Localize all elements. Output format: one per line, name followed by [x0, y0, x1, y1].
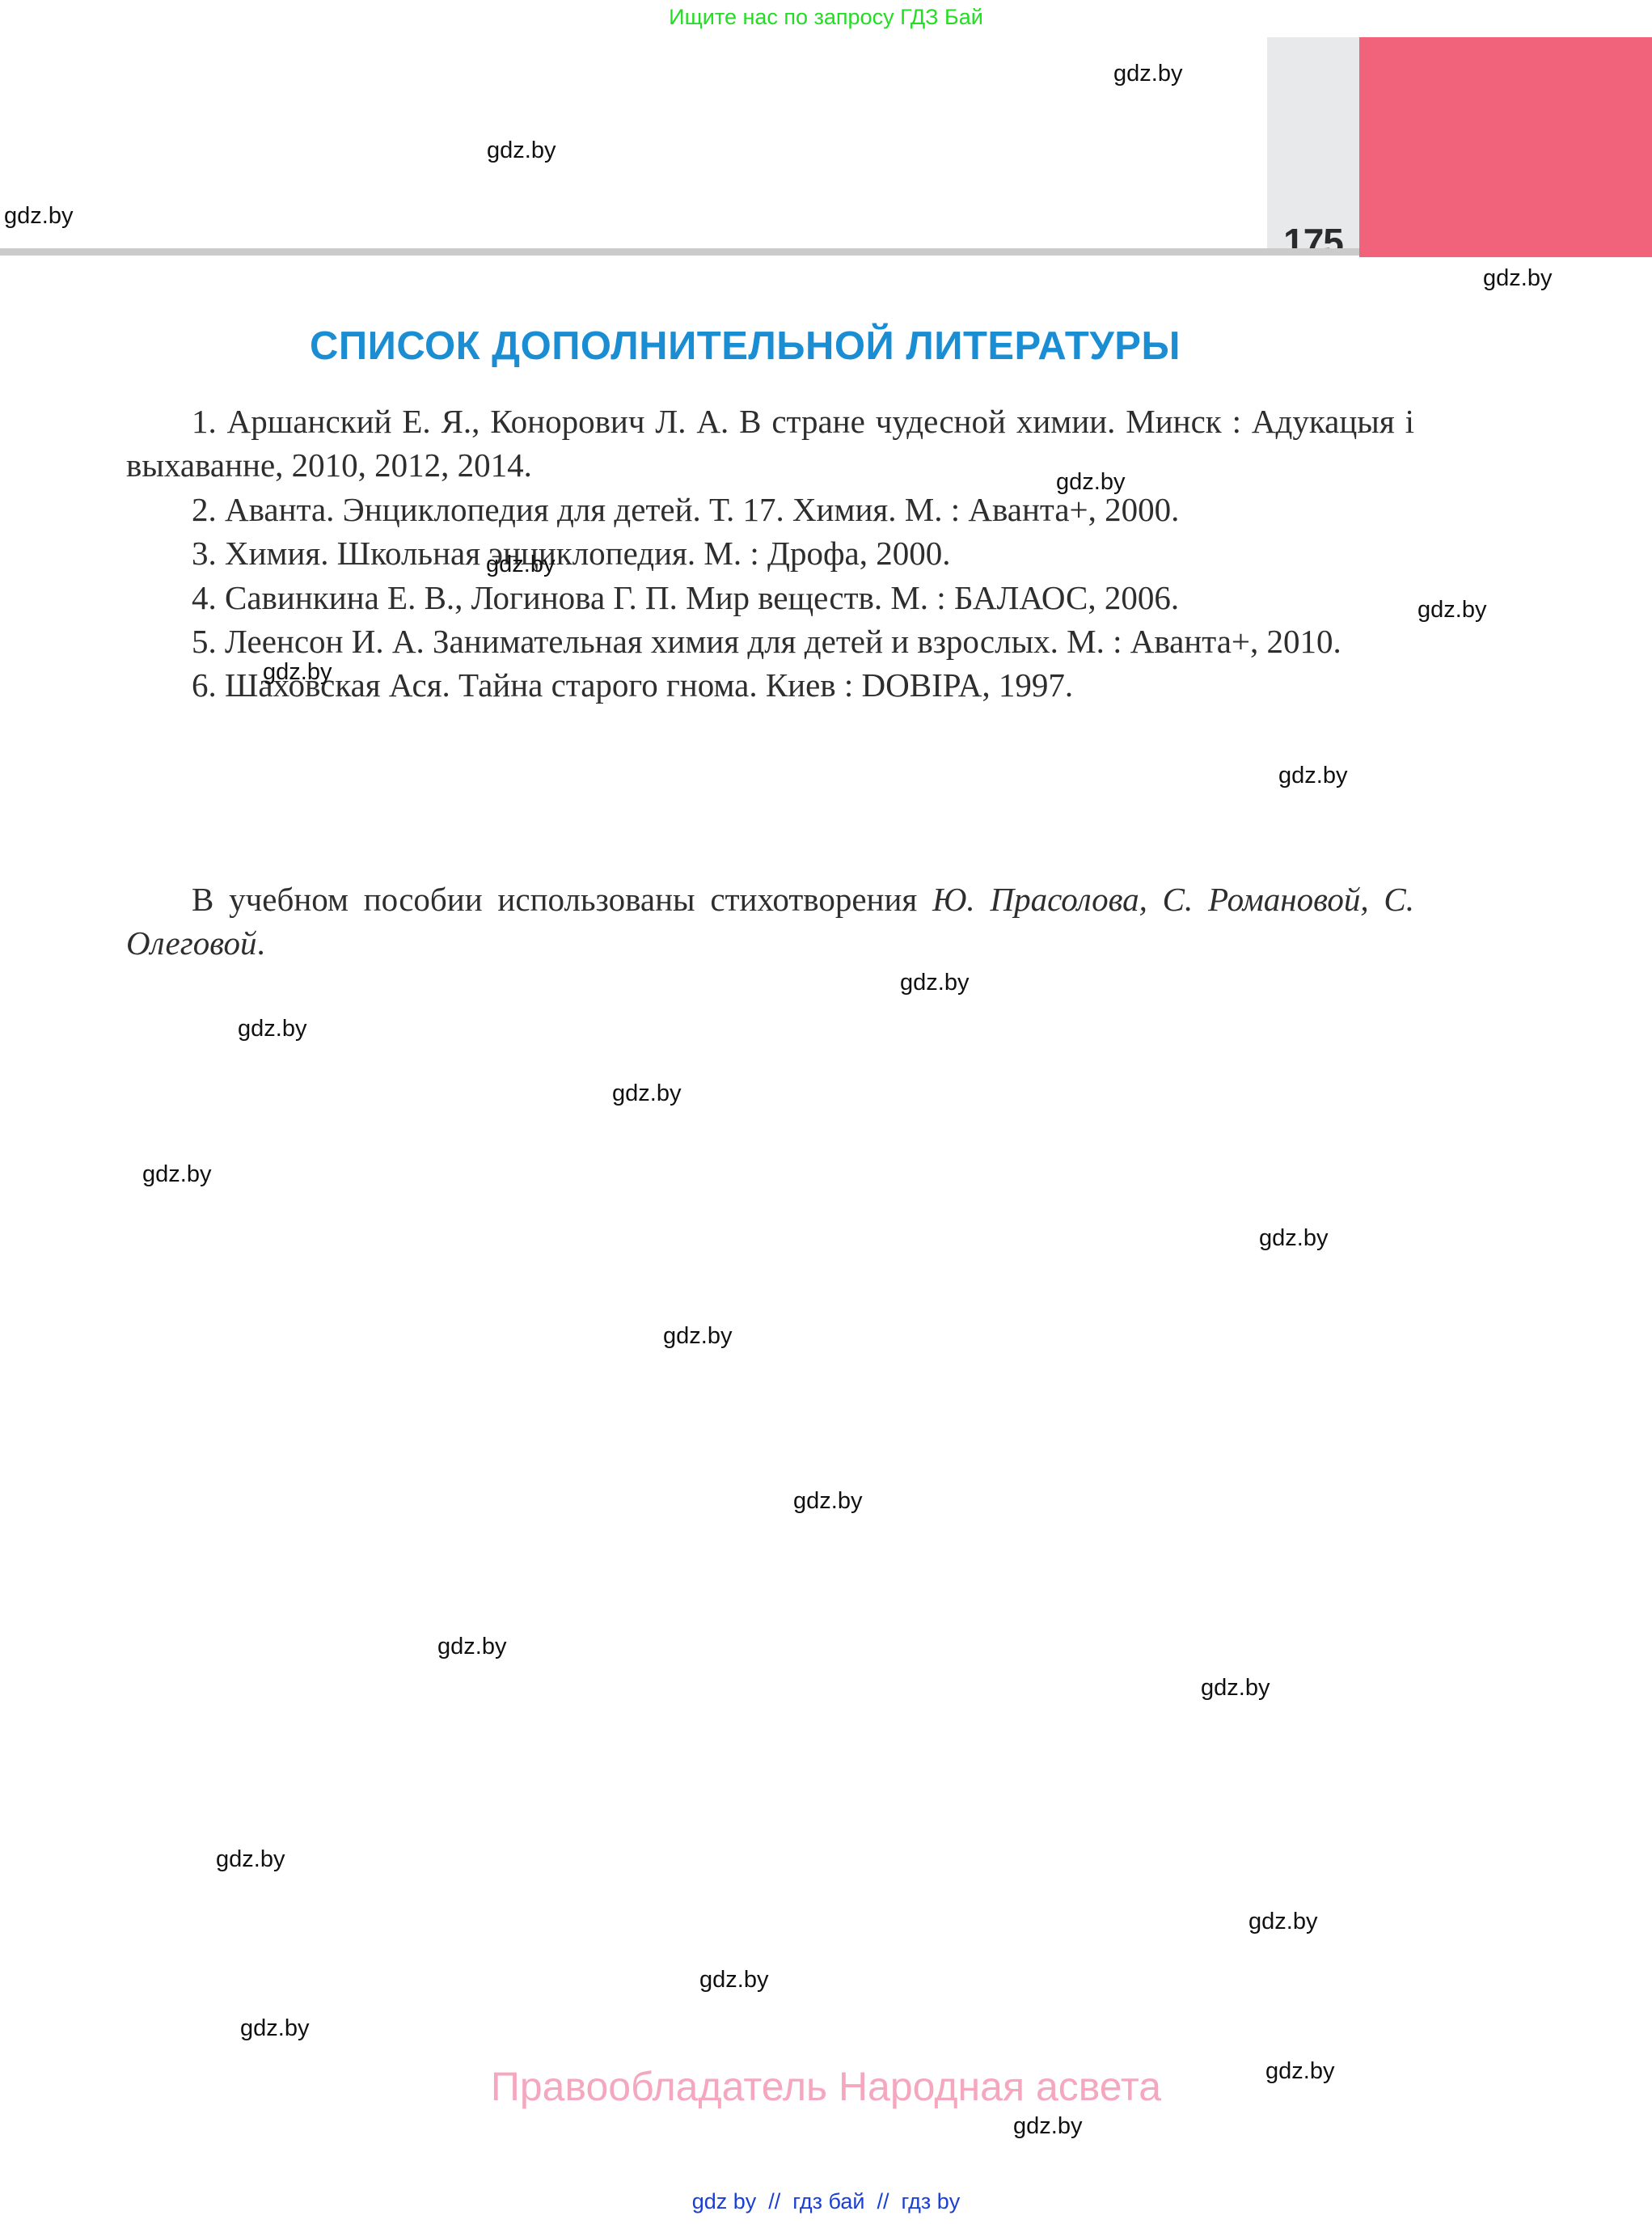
bibliography-item: 5. Леенсон И. А. Занимательная химия для… — [126, 619, 1414, 663]
watermark: gdz.by — [1113, 60, 1182, 87]
watermark: gdz.by — [1013, 2112, 1082, 2140]
watermark: gdz.by — [216, 1846, 285, 1873]
search-banner: Ищите нас по запросу ГДЗ Бай — [0, 2, 1652, 32]
watermark: gdz.by — [1418, 596, 1486, 624]
watermark: gdz.by — [1056, 468, 1125, 496]
watermark: gdz.by — [4, 202, 73, 230]
watermark: gdz.by — [1259, 1224, 1328, 1252]
page-number: 175 — [1267, 222, 1359, 262]
bibliography-item: 2. Аванта. Энциклопедия для детей. Т. 17… — [126, 488, 1414, 531]
watermark: gdz.by — [1483, 264, 1552, 292]
watermark: gdz.by — [612, 1080, 681, 1107]
bibliography-item: 1. Аршанский Е. Я., Конорович Л. А. В ст… — [126, 400, 1414, 488]
bibliography-item: 4. Савинкина Е. В., Логинова Г. П. Мир в… — [126, 576, 1414, 619]
watermark: gdz.by — [240, 2015, 309, 2042]
chapter-color-tab — [1359, 37, 1652, 257]
watermark: gdz.by — [1278, 762, 1347, 789]
credit-prefix: В учебном пособии использованы стихотвор… — [192, 881, 932, 918]
page-title: СПИСОК ДОПОЛНИТЕЛЬНОЙ ЛИТЕРАТУРЫ — [0, 318, 1571, 374]
watermark: gdz.by — [238, 1015, 306, 1042]
watermark: gdz.by — [486, 551, 555, 578]
watermark: gdz.by — [142, 1161, 211, 1188]
watermark: gdz.by — [1249, 1908, 1317, 1935]
watermark: gdz.by — [263, 658, 332, 686]
watermark: gdz.by — [793, 1487, 862, 1515]
watermark: gdz.by — [900, 969, 969, 996]
poems-credit: В учебном пособии использованы стихотвор… — [126, 877, 1414, 966]
page-number-box: 175 — [1267, 37, 1359, 256]
footer-links[interactable]: gdz by // гдз бай // гдз by — [0, 2185, 1652, 2218]
watermark: gdz.by — [487, 137, 556, 164]
watermark: gdz.by — [1201, 1674, 1270, 1702]
credit-suffix: . — [256, 924, 264, 962]
watermark: gdz.by — [437, 1633, 506, 1660]
copyright-holder: Правообладатель Народная асвета — [0, 2062, 1652, 2111]
watermark: gdz.by — [663, 1322, 732, 1350]
bibliography-item: 3. Химия. Школьная энциклопедия. М. : Др… — [126, 531, 1414, 575]
header-divider — [0, 248, 1359, 256]
watermark: gdz.by — [699, 1966, 768, 1994]
